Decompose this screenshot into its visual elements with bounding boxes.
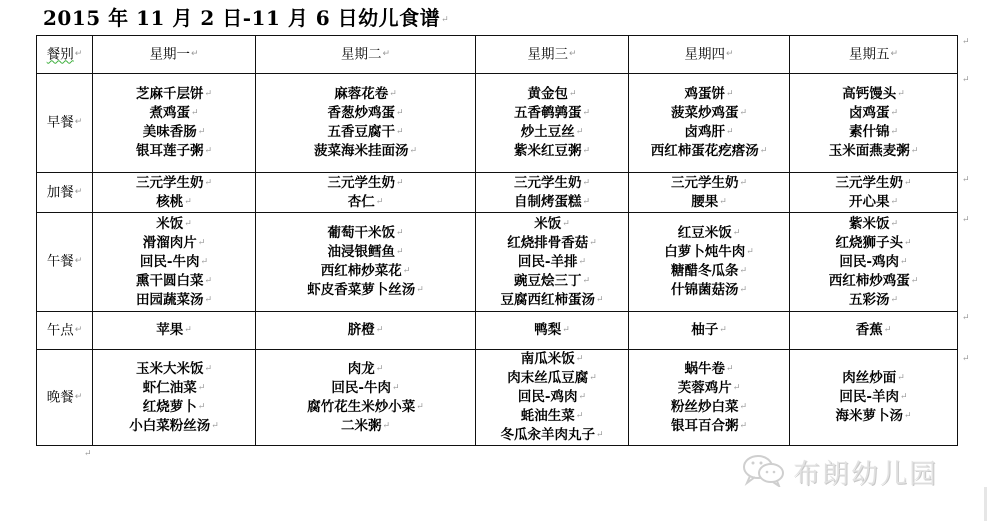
menu-cell-tue: 肉龙↵回民-牛肉↵腐竹花生米炒小菜↵二米粥↵: [256, 350, 476, 446]
menu-item: 卤鸡肝↵: [629, 123, 789, 142]
menu-item: 三元学生奶↵: [93, 174, 255, 193]
paragraph-mark: ↵: [962, 354, 970, 364]
menu-item: 香蕉↵: [790, 321, 957, 340]
menu-item: 煮鸡蛋↵: [93, 104, 255, 123]
menu-item: 西红柿蛋花疙瘩汤↵: [629, 142, 789, 161]
header-row: 餐别↵ 星期一↵ 星期二↵ 星期三↵ 星期四↵ 星期五↵: [37, 36, 958, 74]
menu-cell-thu: 三元学生奶↵腰果↵: [629, 173, 790, 213]
menu-cell-mon: 芝麻千层饼↵煮鸡蛋↵美味香肠↵银耳莲子粥↵: [93, 74, 256, 173]
menu-cell-wed: 黄金包↵五香鹌鹑蛋↵炒土豆丝↵紫米红豆粥↵: [476, 74, 629, 173]
menu-cell-mon: 苹果↵: [93, 312, 256, 350]
paragraph-mark: ↵: [84, 449, 92, 459]
menu-item: 红烧狮子头↵: [790, 234, 957, 253]
menu-item: 五彩汤↵: [790, 291, 957, 310]
menu-cell-fri: 香蕉↵: [790, 312, 958, 350]
menu-item: 香葱炒鸡蛋↵: [256, 104, 475, 123]
paragraph-mark: ↵: [962, 175, 970, 185]
menu-cell-fri: 肉丝炒面↵回民-羊肉↵海米萝卜汤↵: [790, 350, 958, 446]
menu-item: 红豆米饭↵: [629, 224, 789, 243]
meal-label: 午餐↵: [37, 213, 93, 312]
menu-item: 三元学生奶↵: [629, 174, 789, 193]
paragraph-mark: ↵: [441, 15, 449, 25]
row-morning-snack: 加餐↵三元学生奶↵核桃↵三元学生奶↵杏仁↵三元学生奶↵自制烤蛋糕↵三元学生奶↵腰…: [37, 173, 958, 213]
menu-item: 腐竹花生米炒小菜↵: [256, 398, 475, 417]
menu-item: 核桃↵: [93, 193, 255, 212]
menu-item: 田园蔬菜汤↵: [93, 291, 255, 310]
menu-item: 虾皮香菜萝卜丝汤↵: [256, 281, 475, 300]
menu-cell-wed: 鸭梨↵: [476, 312, 629, 350]
menu-item: 三元学生奶↵: [790, 174, 957, 193]
menu-item: 高钙馒头↵: [790, 85, 957, 104]
menu-item: 芙蓉鸡片↵: [629, 379, 789, 398]
day-header-tue: 星期二↵: [256, 36, 476, 74]
meal-label: 加餐↵: [37, 173, 93, 213]
menu-item: 菠菜炒鸡蛋↵: [629, 104, 789, 123]
menu-item: 鸭梨↵: [476, 321, 628, 340]
menu-cell-mon: 米饭↵滑溜肉片↵回民-牛肉↵熏干圆白菜↵田园蔬菜汤↵: [93, 213, 256, 312]
day-header-mon: 星期一↵: [93, 36, 256, 74]
menu-item: 三元学生奶↵: [476, 174, 628, 193]
menu-item: 糖醋冬瓜条↵: [629, 262, 789, 281]
document-title: 2015 年 11 月 2 日-11 月 6 日幼儿食谱↵: [43, 2, 449, 31]
menu-item: 芝麻千层饼↵: [93, 85, 255, 104]
menu-item: 柚子↵: [629, 321, 789, 340]
menu-item: 回民-牛肉↵: [256, 379, 475, 398]
watermark: 布朗幼儿园: [741, 452, 938, 491]
menu-item: 肉龙↵: [256, 360, 475, 379]
menu-item: 西红柿炒菜花↵: [256, 262, 475, 281]
menu-item: 菠菜海米挂面汤↵: [256, 142, 475, 161]
menu-item: 回民-鸡肉↵: [476, 388, 628, 407]
menu-cell-tue: 脐橙↵: [256, 312, 476, 350]
menu-cell-tue: 葡萄干米饭↵油浸银鳕鱼↵西红柿炒菜花↵虾皮香菜萝卜丝汤↵: [256, 213, 476, 312]
menu-cell-fri: 三元学生奶↵开心果↵: [790, 173, 958, 213]
day-header-wed: 星期三↵: [476, 36, 629, 74]
menu-item: 腰果↵: [629, 193, 789, 212]
menu-item: 米饭↵: [93, 215, 255, 234]
row-dinner: 晚餐↵玉米大米饭↵虾仁油菜↵红烧萝卜↵小白菜粉丝汤↵肉龙↵回民-牛肉↵腐竹花生米…: [37, 350, 958, 446]
menu-item: 肉末丝瓜豆腐↵: [476, 369, 628, 388]
menu-item: 银耳百合粥↵: [629, 417, 789, 436]
menu-cell-thu: 红豆米饭↵白萝卜炖牛肉↵糖醋冬瓜条↵什锦菌菇汤↵: [629, 213, 790, 312]
menu-cell-mon: 三元学生奶↵核桃↵: [93, 173, 256, 213]
menu-item: 回民-牛肉↵: [93, 253, 255, 272]
menu-item: 熏干圆白菜↵: [93, 272, 255, 291]
menu-item: 粉丝炒白菜↵: [629, 398, 789, 417]
menu-cell-wed: 三元学生奶↵自制烤蛋糕↵: [476, 173, 629, 213]
menu-item: 南瓜米饭↵: [476, 350, 628, 369]
menu-item: 自制烤蛋糕↵: [476, 193, 628, 212]
menu-item: 白萝卜炖牛肉↵: [629, 243, 789, 262]
watermark-text: 布朗幼儿园: [793, 452, 938, 491]
menu-item: 米饭↵: [476, 215, 628, 234]
menu-cell-wed: 南瓜米饭↵肉末丝瓜豆腐↵回民-鸡肉↵蚝油生菜↵冬瓜汆羊肉丸子↵: [476, 350, 629, 446]
meal-label: 午点↵: [37, 312, 93, 350]
menu-item: 油浸银鳕鱼↵: [256, 243, 475, 262]
menu-item: 海米萝卜汤↵: [790, 407, 957, 426]
menu-cell-fri: 紫米饭↵红烧狮子头↵回民-鸡肉↵西红柿炒鸡蛋↵五彩汤↵: [790, 213, 958, 312]
menu-item: 素什锦↵: [790, 123, 957, 142]
menu-item: 五香豆腐干↵: [256, 123, 475, 142]
meal-label: 晚餐↵: [37, 350, 93, 446]
menu-item: 五香鹌鹑蛋↵: [476, 104, 628, 123]
menu-item: 二米粥↵: [256, 417, 475, 436]
menu-cell-mon: 玉米大米饭↵虾仁油菜↵红烧萝卜↵小白菜粉丝汤↵: [93, 350, 256, 446]
menu-cell-thu: 蜗牛卷↵芙蓉鸡片↵粉丝炒白菜↵银耳百合粥↵: [629, 350, 790, 446]
menu-item: 杏仁↵: [256, 193, 475, 212]
menu-item: 肉丝炒面↵: [790, 369, 957, 388]
menu-item: 紫米饭↵: [790, 215, 957, 234]
meal-label: 早餐↵: [37, 74, 93, 173]
paragraph-mark: ↵: [962, 37, 970, 47]
menu-item: 回民-鸡肉↵: [790, 253, 957, 272]
menu-item: 豌豆烩三丁↵: [476, 272, 628, 291]
menu-item: 黄金包↵: [476, 85, 628, 104]
menu-item: 红烧萝卜↵: [93, 398, 255, 417]
wechat-icon: [741, 453, 787, 491]
menu-cell-thu: 鸡蛋饼↵菠菜炒鸡蛋↵卤鸡肝↵西红柿蛋花疙瘩汤↵: [629, 74, 790, 173]
menu-item: 三元学生奶↵: [256, 174, 475, 193]
menu-item: 蚝油生菜↵: [476, 407, 628, 426]
menu-cell-tue: 三元学生奶↵杏仁↵: [256, 173, 476, 213]
paragraph-mark: ↵: [962, 215, 970, 225]
corner-header: 餐别↵: [37, 36, 93, 74]
menu-item: 什锦菌菇汤↵: [629, 281, 789, 300]
menu-item: 脐橙↵: [256, 321, 475, 340]
menu-item: 葡萄干米饭↵: [256, 224, 475, 243]
menu-item: 鸡蛋饼↵: [629, 85, 789, 104]
menu-item: 卤鸡蛋↵: [790, 104, 957, 123]
row-breakfast: 早餐↵芝麻千层饼↵煮鸡蛋↵美味香肠↵银耳莲子粥↵麻蓉花卷↵香葱炒鸡蛋↵五香豆腐干…: [37, 74, 958, 173]
menu-item: 蜗牛卷↵: [629, 360, 789, 379]
menu-cell-fri: 高钙馒头↵卤鸡蛋↵素什锦↵玉米面燕麦粥↵: [790, 74, 958, 173]
menu-item: 麻蓉花卷↵: [256, 85, 475, 104]
menu-item: 玉米面燕麦粥↵: [790, 142, 957, 161]
menu-item: 炒土豆丝↵: [476, 123, 628, 142]
menu-item: 银耳莲子粥↵: [93, 142, 255, 161]
title-text: 2015 年 11 月 2 日-11 月 6 日幼儿食谱: [43, 6, 440, 30]
menu-item: 回民-羊排↵: [476, 253, 628, 272]
day-header-fri: 星期五↵: [790, 36, 958, 74]
menu-item: 开心果↵: [790, 193, 957, 212]
menu-item: 红烧排骨香菇↵: [476, 234, 628, 253]
menu-cell-tue: 麻蓉花卷↵香葱炒鸡蛋↵五香豆腐干↵菠菜海米挂面汤↵: [256, 74, 476, 173]
menu-item: 玉米大米饭↵: [93, 360, 255, 379]
menu-item: 回民-羊肉↵: [790, 388, 957, 407]
menu-table: 餐别↵ 星期一↵ 星期二↵ 星期三↵ 星期四↵ 星期五↵ 早餐↵芝麻千层饼↵煮鸡…: [36, 35, 958, 446]
row-lunch: 午餐↵米饭↵滑溜肉片↵回民-牛肉↵熏干圆白菜↵田园蔬菜汤↵葡萄干米饭↵油浸银鳕鱼…: [37, 213, 958, 312]
paragraph-mark: ↵: [962, 75, 970, 85]
menu-item: 滑溜肉片↵: [93, 234, 255, 253]
menu-item: 美味香肠↵: [93, 123, 255, 142]
menu-item: 苹果↵: [93, 321, 255, 340]
menu-item: 冬瓜汆羊肉丸子↵: [476, 426, 628, 445]
menu-item: 紫米红豆粥↵: [476, 142, 628, 161]
row-afternoon-snack: 午点↵苹果↵脐橙↵鸭梨↵柚子↵香蕉↵: [37, 312, 958, 350]
menu-item: 豆腐西红柿蛋汤↵: [476, 291, 628, 310]
menu-item: 西红柿炒鸡蛋↵: [790, 272, 957, 291]
day-header-thu: 星期四↵: [629, 36, 790, 74]
menu-cell-thu: 柚子↵: [629, 312, 790, 350]
menu-cell-wed: 米饭↵红烧排骨香菇↵回民-羊排↵豌豆烩三丁↵豆腐西红柿蛋汤↵: [476, 213, 629, 312]
paragraph-mark: ↵: [962, 313, 970, 323]
menu-item: 小白菜粉丝汤↵: [93, 417, 255, 436]
menu-item: 虾仁油菜↵: [93, 379, 255, 398]
